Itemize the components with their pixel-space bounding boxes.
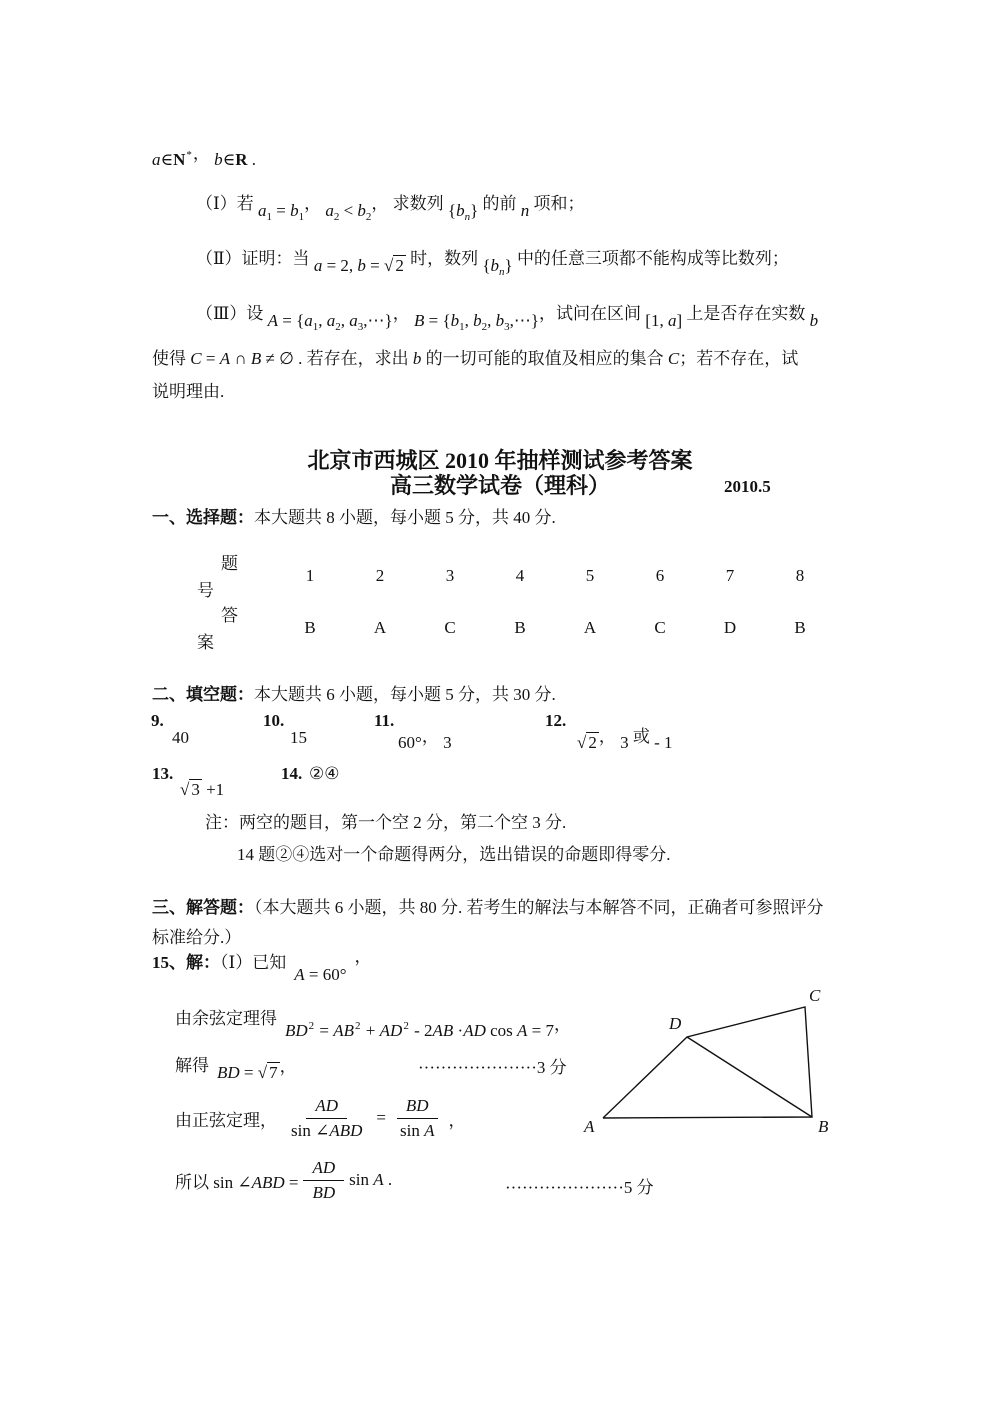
- answer-table-answer: B: [765, 602, 835, 654]
- problem-part1-line: （Ⅰ）若 a1 = b1， a2 < b2， 求数列 {bn} 的前 n 项和；: [196, 189, 585, 216]
- section2-label: 二、填空题：: [152, 685, 254, 704]
- answer-table-number: 8: [765, 550, 835, 602]
- answer-table-number: 2: [345, 550, 415, 602]
- section2-desc: 本大题共 6 小题，每小题 5 分，共 30 分.: [254, 685, 556, 704]
- section1-label: 一、选择题：: [152, 508, 254, 527]
- vertex-label-c: C: [809, 986, 821, 1005]
- q15-cosine-prefix: 由余弦定理得: [175, 1009, 277, 1028]
- vertex-label-a: A: [583, 1117, 595, 1135]
- grading-note-2: 14 题②④选对一个命题得两分，选出错误的命题即得零分.: [237, 840, 671, 865]
- fraction-bd-over-sin-a: BD sin A: [391, 1096, 443, 1140]
- q15-sine-rule-line: 由正弦定理， AD sin ∠ABD = BD sin A ，: [175, 1096, 465, 1140]
- q15-sine-comma: ，: [448, 1106, 465, 1131]
- fillin-q10-number: 10.: [263, 711, 284, 731]
- answer-table-number: 4: [485, 550, 555, 602]
- q15-solve-prefix: 解得: [175, 1056, 209, 1075]
- fraction-ad-over-sin-abd: AD sin ∠ABD: [282, 1096, 371, 1140]
- fraction-numerator: BD: [397, 1096, 438, 1119]
- fillin-q11-number: 11.: [374, 711, 394, 731]
- answer-table-row2-label-char1: 答: [185, 602, 275, 629]
- answer-table-answer: B: [275, 602, 345, 654]
- fillin-q12-value: √2， 3 或 - 1: [577, 728, 673, 753]
- problem-part2-line: （Ⅱ）证明：当 a = 2, b = √2 时，数列 {bn} 中的任意三项都不…: [196, 244, 789, 271]
- answer-table-row1-label-char1: 题: [185, 550, 275, 577]
- answer-table-answer: B: [485, 602, 555, 654]
- section3-desc2: 标准给分.）: [152, 923, 241, 948]
- score-dots-5: ·····················5 分: [505, 1173, 654, 1198]
- answer-table-row1-label: 题 号: [185, 550, 275, 602]
- answer-table-number: 3: [415, 550, 485, 602]
- answer-table-row2-label-char2: 案: [185, 629, 275, 656]
- answer-table-answer: C: [625, 602, 695, 654]
- answer-table-number: 1: [275, 550, 345, 602]
- exam-date: 2010.5: [724, 477, 771, 497]
- grading-note-1: 注：两空的题目，第一个空 2 分，第二个空 3 分.: [205, 808, 566, 833]
- answer-table-answer: A: [555, 602, 625, 654]
- quadrilateral-diagram: A B C D: [578, 985, 838, 1135]
- section1-heading: 一、选择题：本大题共 8 小题，每小题 5 分，共 40 分.: [152, 503, 556, 528]
- q15-cosine-equation: BD2 = AB2 + AD2 - 2AB ·AD cos A = 7，: [285, 1021, 571, 1040]
- section3-heading: 三、解答题：（本大题共 6 小题，共 80 分. 若考生的解法与本解答不同，正确…: [152, 893, 824, 918]
- fraction-numerator: AD: [303, 1158, 344, 1181]
- section3-desc1: （本大题共 6 小题，共 80 分. 若考生的解法与本解答不同，正确者可参照评分: [254, 898, 824, 917]
- fraction-numerator: AD: [306, 1096, 347, 1119]
- section1-desc: 本大题共 8 小题，每小题 5 分，共 40 分.: [254, 508, 556, 527]
- answer-table-number: 5: [555, 550, 625, 602]
- answer-table-number: 7: [695, 550, 765, 602]
- fillin-q13-number: 13.: [152, 764, 173, 784]
- answer-table-answer: D: [695, 602, 765, 654]
- problem-part3-line1: （Ⅲ）设 A = {a1, a2, a3,⋯}， B = {b1, b2, b3…: [196, 299, 818, 326]
- q15-conclusion-suffix: sin A .: [349, 1170, 392, 1190]
- q15-given-line: 15、解：（Ⅰ）已知A = 60°，: [152, 948, 372, 973]
- answer-table-number: 6: [625, 550, 695, 602]
- fillin-q14-value: ②④: [309, 764, 339, 784]
- fraction-ad-over-bd: AD BD: [303, 1158, 344, 1202]
- answer-sheet-page: a∈N*， b∈R . （Ⅰ）若 a1 = b1， a2 < b2， 求数列 {…: [0, 0, 1000, 1415]
- q15-conclusion-prefix: 所以 sin ∠ABD =: [175, 1168, 298, 1193]
- q15-solve-equation: BD = √7，: [217, 1063, 297, 1082]
- answer-table-row2-label: 答 案: [185, 602, 275, 654]
- problem-domain-line: a∈N*， b∈R .: [152, 145, 256, 170]
- vertex-label-b: B: [818, 1117, 829, 1135]
- diagonal-db: [687, 1037, 812, 1117]
- q15-label: 15、解：: [152, 953, 220, 972]
- fraction-denominator: BD: [303, 1181, 344, 1203]
- q15-solve-line: 解得BD = √7，: [175, 1051, 297, 1076]
- fillin-q13-value: √3 +1: [180, 780, 224, 800]
- score-dots-3: ·····················3 分: [418, 1053, 567, 1078]
- q15-conclusion-line: 所以 sin ∠ABD = AD BD sin A .: [175, 1158, 392, 1202]
- fillin-q12-number: 12.: [545, 711, 566, 731]
- section2-heading: 二、填空题：本大题共 6 小题，每小题 5 分，共 30 分.: [152, 680, 556, 705]
- fillin-q11-value: 60°， 3: [398, 728, 452, 753]
- answer-table-row1-label-char2: 号: [185, 577, 275, 604]
- q15-cosine-line: 由余弦定理得BD2 = AB2 + AD2 - 2AB ·AD cos A = …: [175, 1004, 571, 1029]
- fillin-q14-number: 14.: [281, 764, 302, 784]
- q15-sine-prefix: 由正弦定理，: [175, 1106, 277, 1131]
- equals-sign: =: [376, 1108, 386, 1128]
- fillin-q9-number: 9.: [151, 711, 164, 731]
- fillin-q10-value: 15: [290, 728, 307, 748]
- vertex-label-d: D: [668, 1014, 682, 1033]
- section3-label: 三、解答题：: [152, 898, 254, 917]
- answer-table-answer: A: [345, 602, 415, 654]
- q15-intro: （Ⅰ）已知: [220, 953, 286, 972]
- problem-part3-line3: 说明理由.: [152, 377, 224, 402]
- fillin-q9-value: 40: [172, 728, 189, 748]
- fraction-denominator: sin ∠ABD: [282, 1119, 371, 1141]
- problem-part3-line2: 使得 C = A ∩ B ≠ ∅ . 若存在，求出 b 的一切可能的取值及相应的…: [152, 344, 798, 369]
- quadrilateral-outline: [603, 1007, 812, 1118]
- fraction-denominator: sin A: [391, 1119, 443, 1141]
- answer-table: 题 号 1 2 3 4 5 6 7 8 答 案 B A C B A C D B: [185, 550, 835, 654]
- answer-table-answer: C: [415, 602, 485, 654]
- q15-given-comma: ，: [355, 947, 372, 966]
- q15-given-math: A = 60°: [294, 965, 346, 984]
- exam-subtitle: 高三数学试卷（理科）: [0, 469, 1000, 500]
